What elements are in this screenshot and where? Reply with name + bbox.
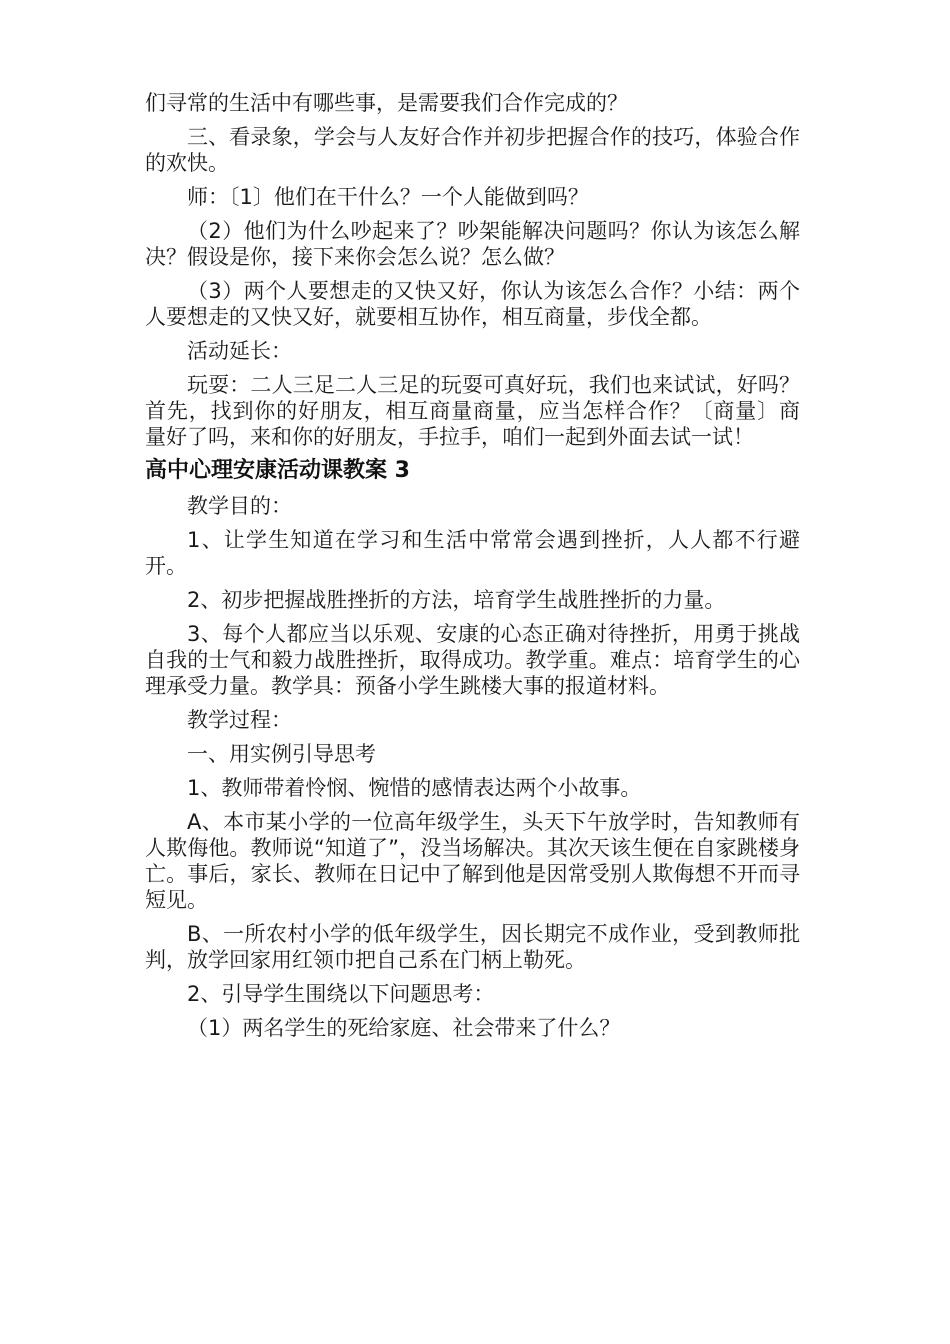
paragraph: 活动延长： xyxy=(145,338,800,364)
paragraph: （3）两个人要想走的又快又好，你认为该怎么合作？小结：两个人要想走的又快又好，就… xyxy=(145,278,800,330)
paragraph: A、本市某小学的一位高年级学生，头天下午放学时，告知教师有人欺侮他。教师说“知道… xyxy=(145,809,800,913)
paragraph: （1）两名学生的死给家庭、社会带来了什么？ xyxy=(145,1015,800,1041)
document-page: { "page": { "background_color": "#ffffff… xyxy=(0,0,950,1344)
paragraph: 一、用实例引导思考 xyxy=(145,741,800,767)
page-background: 们寻常的生活中有哪些事，是需要我们合作完成的？三、看录象，学会与人友好合作并初步… xyxy=(0,0,950,1344)
paragraph: B、一所农村小学的低年级学生，因长期完不成作业，受到教师批判，放学回家用红领巾把… xyxy=(145,921,800,973)
paragraph: 教学过程： xyxy=(145,707,800,733)
text-block: 们寻常的生活中有哪些事，是需要我们合作完成的？三、看录象，学会与人友好合作并初步… xyxy=(145,90,800,1049)
paragraph: 师：〔1〕他们在干什么？一个人能做到吗？ xyxy=(145,184,800,210)
paragraph: 2、初步把握战胜挫折的方法，培育学生战胜挫折的力量。 xyxy=(145,587,800,613)
paragraph: 教学目的： xyxy=(145,493,800,519)
paragraph: （2）他们为什么吵起来了？吵架能解决问题吗？你认为该怎么解决？假设是你，接下来你… xyxy=(145,218,800,270)
paragraph: 玩耍：二人三足二人三足的玩耍可真好玩，我们也来试试，好吗？首先，找到你的好朋友，… xyxy=(145,372,800,450)
paragraph: 3、每个人都应当以乐观、安康的心态正确对待挫折，用勇于挑战自我的士气和毅力战胜挫… xyxy=(145,621,800,699)
paragraph: 1、让学生知道在学习和生活中常常会遇到挫折，人人都不行避开。 xyxy=(145,527,800,579)
paragraph: 们寻常的生活中有哪些事，是需要我们合作完成的？ xyxy=(145,90,800,116)
paragraph: 2、引导学生围绕以下问题思考： xyxy=(145,981,800,1007)
paragraph: 1、教师带着怜悯、惋惜的感情表达两个小故事。 xyxy=(145,775,800,801)
section-heading: 高中心理安康活动课教案 3 xyxy=(145,458,800,484)
paragraph: 三、看录象，学会与人友好合作并初步把握合作的技巧，体验合作的欢快。 xyxy=(145,124,800,176)
